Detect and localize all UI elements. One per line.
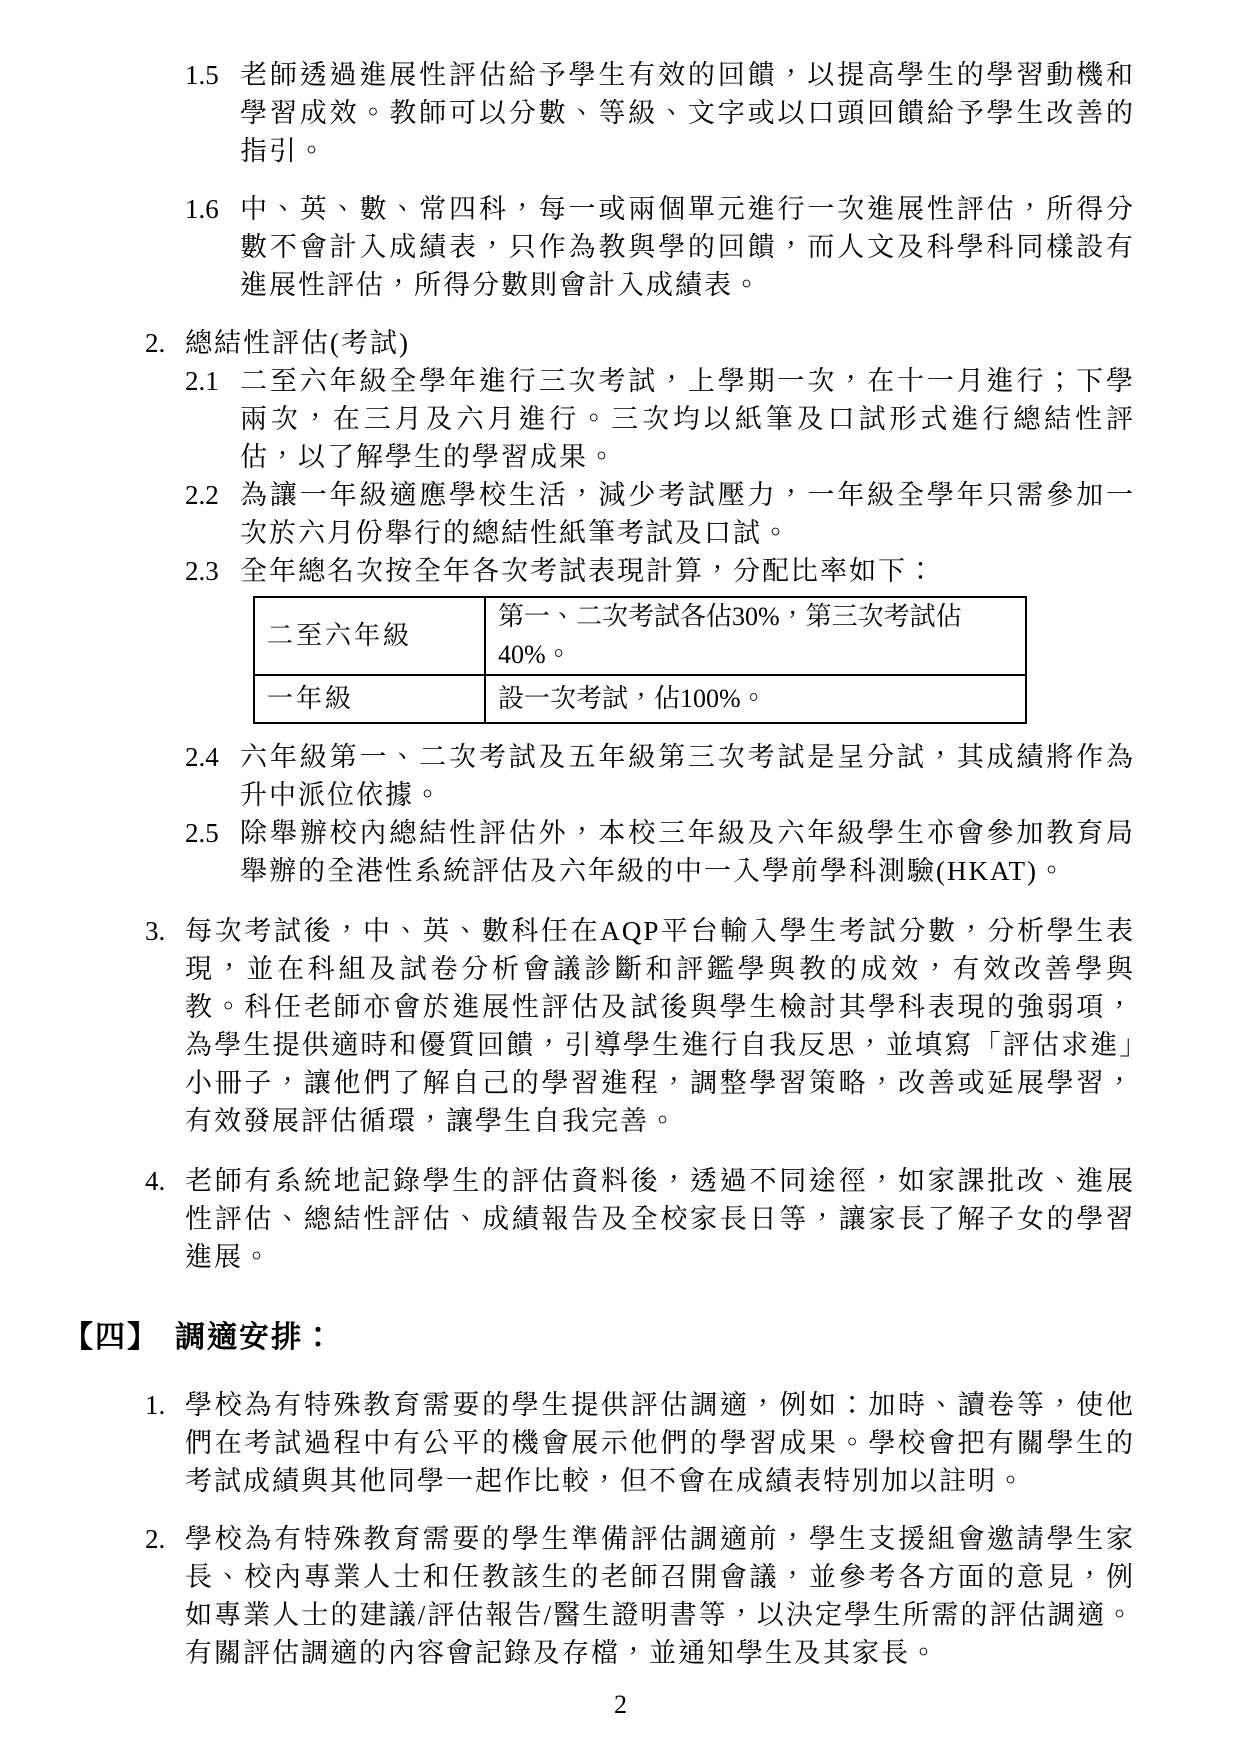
table-row: 一年級 設一次考試，佔100%。 — [254, 675, 1026, 723]
list-item-adapt-1: 1. 學校為有特殊教育需要的學生提供評估調適，例如：加時、讀卷等，使他們在考試過… — [0, 1386, 1135, 1500]
item-number: 2.3 — [185, 552, 240, 590]
list-item-adapt-2: 2. 學校為有特殊教育需要的學生準備評估調適前，學生支援組會邀請學生家長、校內專… — [0, 1520, 1135, 1672]
row-value-cell: 設一次考試，佔100%。 — [485, 675, 1026, 723]
table-row: 二至六年級 第一、二次考試各佔30%，第三次考試佔40%。 — [254, 597, 1026, 675]
list-item-2: 2. 總結性評估(考試) — [0, 324, 1135, 362]
item-text: 除舉辦校內總結性評估外，本校三年級及六年級學生亦會參加教育局舉辦的全港性系統評估… — [240, 814, 1135, 890]
item-text: 全年總名次按全年各次考試表現計算，分配比率如下： — [240, 552, 1135, 590]
document-page: 1.5 老師透過進展性評估給予學生有效的回饋，以提高學生的學習動機和學習成效。教… — [0, 0, 1241, 1755]
row-label-cell: 一年級 — [254, 675, 485, 723]
list-item-1-6: 1.6 中、英、數、常四科，每一或兩個單元進行一次進展性評估，所得分數不會計入成… — [0, 190, 1135, 304]
row-label-cell: 二至六年級 — [254, 597, 485, 675]
item-text: 總結性評估(考試) — [185, 324, 1135, 362]
item-number: 2. — [145, 1520, 185, 1672]
list-item-2-2: 2.2 為讓一年級適應學校生活，減少考試壓力，一年級全學年只需參加一次於六月份舉… — [0, 476, 1135, 552]
item-number: 2.4 — [185, 738, 240, 814]
item-number: 2.1 — [185, 362, 240, 476]
list-item-1-5: 1.5 老師透過進展性評估給予學生有效的回饋，以提高學生的學習動機和學習成效。教… — [0, 56, 1135, 170]
list-item-4: 4. 老師有系統地記錄學生的評估資料後，透過不同途徑，如家課批改、進展性評估、總… — [0, 1162, 1135, 1276]
list-item-3: 3. 每次考試後，中、英、數科任在AQP平台輸入學生考試分數，分析學生表現，並在… — [0, 912, 1135, 1140]
item-text: 老師有系統地記錄學生的評估資料後，透過不同途徑，如家課批改、進展性評估、總結性評… — [185, 1162, 1135, 1276]
item-number: 1.6 — [185, 190, 240, 304]
heading-marker: 【四】 — [63, 1321, 159, 1354]
item-text: 六年級第一、二次考試及五年級第三次考試是呈分試，其成績將作為升中派位依據。 — [240, 738, 1135, 814]
item-number: 2. — [145, 324, 185, 362]
section-heading: 【四】調適安排： — [0, 1316, 1135, 1360]
item-text: 二至六年級全學年進行三次考試，上學期一次，在十一月進行；下學兩次，在三月及六月進… — [240, 362, 1135, 476]
item-text: 老師透過進展性評估給予學生有效的回饋，以提高學生的學習動機和學習成效。教師可以分… — [240, 56, 1135, 170]
row-value-cell: 第一、二次考試各佔30%，第三次考試佔40%。 — [485, 597, 1026, 675]
item-number: 4. — [145, 1162, 185, 1276]
list-item-2-4: 2.4 六年級第一、二次考試及五年級第三次考試是呈分試，其成績將作為升中派位依據… — [0, 738, 1135, 814]
list-item-2-5: 2.5 除舉辦校內總結性評估外，本校三年級及六年級學生亦會參加教育局舉辦的全港性… — [0, 814, 1135, 890]
page-number: 2 — [0, 1686, 1241, 1724]
item-text: 每次考試後，中、英、數科任在AQP平台輸入學生考試分數，分析學生表現，並在科組及… — [185, 912, 1135, 1140]
ratio-table: 二至六年級 第一、二次考試各佔30%，第三次考試佔40%。 一年級 設一次考試，… — [253, 596, 1027, 724]
item-text: 學校為有特殊教育需要的學生提供評估調適，例如：加時、讀卷等，使他們在考試過程中有… — [185, 1386, 1135, 1500]
item-text: 為讓一年級適應學校生活，減少考試壓力，一年級全學年只需參加一次於六月份舉行的總結… — [240, 476, 1135, 552]
item-text: 學校為有特殊教育需要的學生準備評估調適前，學生支援組會邀請學生家長、校內專業人士… — [185, 1520, 1135, 1672]
item-number: 2.5 — [185, 814, 240, 890]
heading-title: 調適安排： — [175, 1321, 335, 1354]
list-item-2-3: 2.3 全年總名次按全年各次考試表現計算，分配比率如下： — [0, 552, 1135, 590]
list-item-2-1: 2.1 二至六年級全學年進行三次考試，上學期一次，在十一月進行；下學兩次，在三月… — [0, 362, 1135, 476]
item-number: 1.5 — [185, 56, 240, 170]
ratio-table-wrap: 二至六年級 第一、二次考試各佔30%，第三次考試佔40%。 一年級 設一次考試，… — [253, 596, 1135, 724]
item-number: 1. — [145, 1386, 185, 1500]
item-number: 2.2 — [185, 476, 240, 552]
item-number: 3. — [145, 912, 185, 1140]
item-text: 中、英、數、常四科，每一或兩個單元進行一次進展性評估，所得分數不會計入成績表，只… — [240, 190, 1135, 304]
